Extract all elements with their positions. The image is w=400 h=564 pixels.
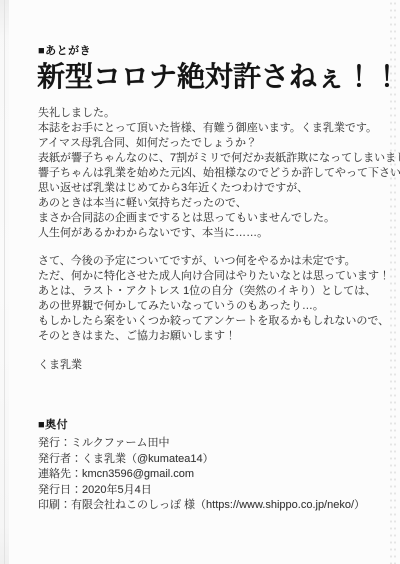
text-line: 発行者：くま乳業（@kumatea14） (38, 452, 382, 468)
text-line: 連絡先：kmcn3596@gmail.com (38, 467, 382, 483)
colophon-section-header: ■奥付 (38, 416, 68, 432)
afterword-title: 新型コロナ絶対許さねぇ！！！ (37, 55, 400, 95)
text-line: あのときは本当に軽い気持ちだったので、 (38, 196, 382, 211)
text-line: 発行日：2020年5月4日 (38, 483, 382, 499)
text-line: さて、今後の予定についてですが、いつ何をやるかは未定です。 (38, 254, 382, 269)
text-line: アイマス母乳合同、如何だったでしょうか？ (38, 136, 382, 151)
colophon-entries: 発行：ミルクファーム田中発行者：くま乳業（@kumatea14）連絡先：kmcn… (38, 436, 382, 514)
text-line: 印刷：有限会社ねこのしっぽ 様（https://www.shippo.co.jp… (38, 498, 382, 514)
text-line: あとは、ラスト・アクトレス 1位の自分（突然のイキり）としては、 (38, 284, 382, 299)
text-line: まさか合同誌の企画までするとは思ってもいませんでした。 (38, 211, 382, 226)
afterword-intro-paragraph: 失礼しました。本誌をお手にとって頂いた皆様、有難う御座います。くま乳業です。アイ… (38, 106, 382, 241)
text-line: 失礼しました。 (38, 106, 382, 121)
text-line: そのときはまた、ご協力お願いします！ (38, 329, 382, 344)
author-signature: くま乳業 (38, 358, 382, 373)
scan-edge-line-artifact (4, 0, 5, 564)
text-line: 発行：ミルクファーム田中 (38, 436, 382, 452)
text-line: 表紙が響子ちゃんなのに、7割がミリで何だか表紙詐欺になってしまいましたね…。 (38, 151, 382, 166)
text-line: 人生何があるかわからないです、本当に……。 (38, 226, 382, 241)
text-line: 思い返せば乳業はじめてから3年近くたつわけですが、 (38, 181, 382, 196)
afterword-plans-paragraph: さて、今後の予定についてですが、いつ何をやるかは未定です。ただ、何かに特化させた… (38, 254, 382, 344)
text-line: 本誌をお手にとって頂いた皆様、有難う御座います。くま乳業です。 (38, 121, 382, 136)
afterword-page: ■あとがき 新型コロナ絶対許さねぇ！！！ 失礼しました。本誌をお手にとって頂いた… (0, 0, 400, 564)
text-line: あの世界観で何かしてみたいなっていうのもあったり…。 (38, 299, 382, 314)
text-line: もしかしたら案をいくつか絞ってアンケートを取るかもしれないので、 (38, 314, 382, 329)
text-line: ただ、何かに特化させた成人向け合同はやりたいなとは思っています！ (38, 269, 382, 284)
text-line: 響子ちゃんは乳業を始めた元凶、始祖様なのでどうか許してやって下さい！ (38, 166, 382, 181)
